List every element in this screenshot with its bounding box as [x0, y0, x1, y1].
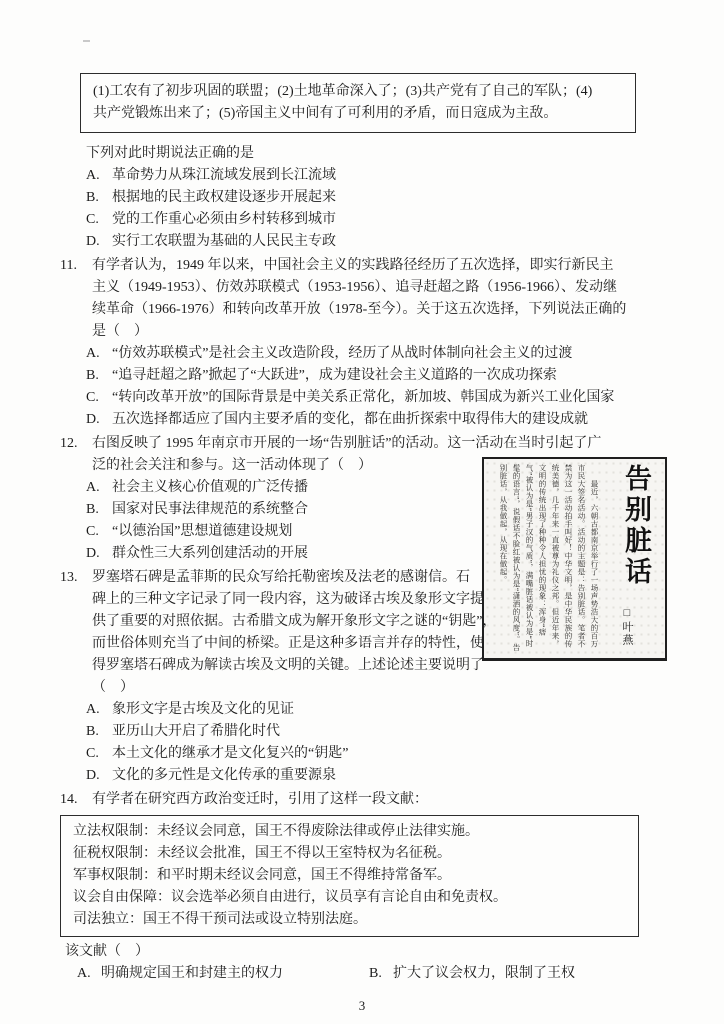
question-stem-line: 是（ ） — [92, 321, 664, 343]
option-label: D. — [86, 231, 112, 253]
option-label: B. — [369, 963, 393, 985]
question-stem-line: 续革命（1966-1976）和转向改革开放（1978-至今）。关于这五次选择，下… — [92, 299, 664, 321]
option-row: D. 实行工农联盟为基础的人民民主专政 — [86, 231, 664, 253]
option-label: D. — [86, 409, 112, 431]
question-stem-line: 供了重要的对照依据。古希腊文成为解开象形文字之谜的“钥匙”， — [92, 611, 664, 633]
option-text: 国家对民事法律规范的系统整合 — [112, 499, 308, 521]
option-row: D. 文化的多元性是文化传承的重要源泉 — [86, 765, 664, 787]
scan-artifact — [83, 40, 90, 42]
option-text: 群众性三大系列创建活动的开展 — [112, 543, 308, 565]
option-row: D. 五次选择都适应了国内主要矛盾的变化，都在曲折探索中取得伟大的建设成就 — [86, 409, 664, 431]
source-line: 共产党锻炼出来了；(5)帝国主义中间有了可利用的矛盾，而日寇成为主敌。 — [93, 103, 623, 125]
option-text: 扩大了议会权力，限制了王权 — [393, 963, 575, 985]
option-row: A. 象形文字是古埃及文化的见证 — [86, 699, 664, 721]
option-label: B. — [86, 365, 112, 387]
option-text: 实行工农联盟为基础的人民民主专政 — [112, 231, 336, 253]
page-number: 3 — [60, 995, 664, 1017]
option-label: D. — [86, 543, 112, 565]
question-stem-line: 而世俗体则充当了中间的桥梁。正是这种多语言并存的特性，使 — [92, 633, 664, 655]
option-row: C. 本土文化的继承才是文化复兴的“钥匙” — [86, 743, 664, 765]
question-13: 13. 罗塞塔石碑是孟菲斯的民众写给托勒密埃及法老的感谢信。石 碑上的三种文字记… — [60, 567, 664, 787]
option-row: B. 亚历山大开启了希腊化时代 — [86, 721, 664, 743]
option-text: “转向改革开放”的国际背景是中美关系正常化，新加坡、韩国成为新兴工业化国家 — [112, 387, 614, 409]
page-content: (1)工农有了初步巩固的联盟；(2)土地革命深入了；(3)共产党有了自己的军队；… — [60, 73, 664, 1017]
option-label: C. — [86, 209, 112, 231]
source-excerpt-box: (1)工农有了初步巩固的联盟；(2)土地革命深入了；(3)共产党有了自己的军队；… — [80, 73, 636, 133]
question-11: 11. 有学者认为，1949 年以来，中国社会主义的实践路径经历了五次选择，即实… — [60, 255, 664, 431]
document-line: 征税权限制：未经议会批准，国王不得以王室特权为名征税。 — [73, 843, 626, 865]
question-stem-line: 主义（1949-1953）、仿效苏联模式（1953-1956）、追寻赶超之路（1… — [92, 277, 664, 299]
question-stem-line: 右图反映了 1995 年南京市开展的一场“告别脏话”的活动。这一活动在当时引起了… — [92, 433, 664, 455]
question-stem-line: 罗塞塔石碑是孟菲斯的民众写给托勒密埃及法老的感谢信。石 — [92, 567, 664, 589]
option-label: C. — [86, 521, 112, 543]
option-row: A. “仿效苏联模式”是社会主义改造阶段，经历了从战时体制向社会主义的过渡 — [86, 343, 664, 365]
option-label: B. — [86, 187, 112, 209]
option-text: 革命势力从珠江流域发展到长江流域 — [112, 165, 336, 187]
question-stem-line: 有学者认为，1949 年以来，中国社会主义的实践路径经历了五次选择，即实行新民主 — [92, 255, 664, 277]
option-text: 文化的多元性是文化传承的重要源泉 — [112, 765, 336, 787]
exam-page: (1)工农有了初步巩固的联盟；(2)土地革命深入了；(3)共产党有了自己的军队；… — [0, 0, 724, 1024]
option-label: A. — [86, 699, 112, 721]
option-row: B. 扩大了议会权力，限制了王权 — [369, 963, 575, 985]
source-line: (1)工农有了初步巩固的联盟；(2)土地革命深入了；(3)共产党有了自己的军队；… — [93, 81, 623, 103]
option-text: “追寻赶超之路”掀起了“大跃进”，成为建设社会主义道路的一次成功探索 — [112, 365, 557, 387]
option-list: A. 明确规定国王和封建主的权力 B. 扩大了议会权力，限制了王权 — [77, 963, 664, 985]
option-row: B. “追寻赶超之路”掀起了“大跃进”，成为建设社会主义道路的一次成功探索 — [86, 365, 664, 387]
question-body: 有学者认为，1949 年以来，中国社会主义的实践路径经历了五次选择，即实行新民主… — [92, 255, 664, 431]
option-text: “以德治国”思想道德建设规划 — [112, 521, 292, 543]
option-text: 根据地的民主政权建设逐步开展起来 — [112, 187, 336, 209]
question-stem: 下列对此时期说法正确的是 — [86, 143, 664, 165]
option-label: A. — [86, 343, 112, 365]
question-14: 14. 有学者在研究西方政治变迁时，引用了这样一段文献： 立法权限制：未经议会同… — [60, 789, 664, 985]
option-text: 社会主义核心价值观的广泛传播 — [112, 477, 308, 499]
option-label: D. — [86, 765, 112, 787]
question-12: 最近，六朝古都南京举行了一场声势浩大的百万市民大签名活动。活动的主题是：告别脏话… — [60, 433, 664, 565]
option-text: 明确规定国王和封建主的权力 — [101, 963, 283, 985]
option-label: A. — [77, 963, 101, 985]
document-line: 立法权限制：未经议会同意，国王不得废除法律或停止法律实施。 — [73, 821, 626, 843]
option-row: A. 革命势力从珠江流域发展到长江流域 — [86, 165, 664, 187]
option-text: 亚历山大开启了希腊化时代 — [112, 721, 280, 743]
option-label: A. — [86, 477, 112, 499]
option-label: C. — [86, 387, 112, 409]
option-row: A. 明确规定国王和封建主的权力 — [77, 963, 369, 985]
option-text: 本土文化的继承才是文化复兴的“钥匙” — [112, 743, 348, 765]
document-line: 军事权限制：和平时期未经议会同意，国王不得维持常备军。 — [73, 865, 626, 887]
question-stem-line: 碑上的三种文字记录了同一段内容，这为破译古埃及象形文字提 — [92, 589, 664, 611]
option-row: B. 根据地的民主政权建设逐步开展起来 — [86, 187, 664, 209]
option-text: 象形文字是古埃及文化的见证 — [112, 699, 294, 721]
option-row: C. “转向改革开放”的国际背景是中美关系正常化，新加坡、韩国成为新兴工业化国家 — [86, 387, 664, 409]
option-text: 党的工作重心必须由乡村转移到城市 — [112, 209, 336, 231]
option-text: 五次选择都适应了国内主要矛盾的变化，都在曲折探索中取得伟大的建设成就 — [112, 409, 588, 431]
option-label: B. — [86, 721, 112, 743]
question-stem-line: （ ） — [92, 677, 664, 699]
document-line: 议会自由保障：议会选举必须自由进行，议员享有言论自由和免责权。 — [73, 887, 626, 909]
document-excerpt-box: 立法权限制：未经议会同意，国王不得废除法律或停止法律实施。 征税权限制：未经议会… — [60, 815, 639, 937]
question-follow-up: 该文献（ ） — [65, 941, 664, 963]
option-label: A. — [86, 165, 112, 187]
question-stem-line: 有学者在研究西方政治变迁时，引用了这样一段文献： — [92, 789, 664, 811]
option-row: C. 党的工作重心必须由乡村转移到城市 — [86, 209, 664, 231]
question-body: 有学者在研究西方政治变迁时，引用了这样一段文献： 立法权限制：未经议会同意，国王… — [92, 789, 664, 985]
question-body: 罗塞塔石碑是孟菲斯的民众写给托勒密埃及法老的感谢信。石 碑上的三种文字记录了同一… — [92, 567, 664, 787]
option-label: C. — [86, 743, 112, 765]
option-text: “仿效苏联模式”是社会主义改造阶段，经历了从战时体制向社会主义的过渡 — [112, 343, 572, 365]
question-stem-line: 得罗塞塔石碑成为解读古埃及文明的关键。上述论述主要说明了 — [92, 655, 664, 677]
option-list: A. 革命势力从珠江流域发展到长江流域 B. 根据地的民主政权建设逐步开展起来 … — [86, 165, 664, 253]
document-line: 司法独立：国王不得干预司法或设立特别法庭。 — [73, 909, 626, 931]
option-label: B. — [86, 499, 112, 521]
